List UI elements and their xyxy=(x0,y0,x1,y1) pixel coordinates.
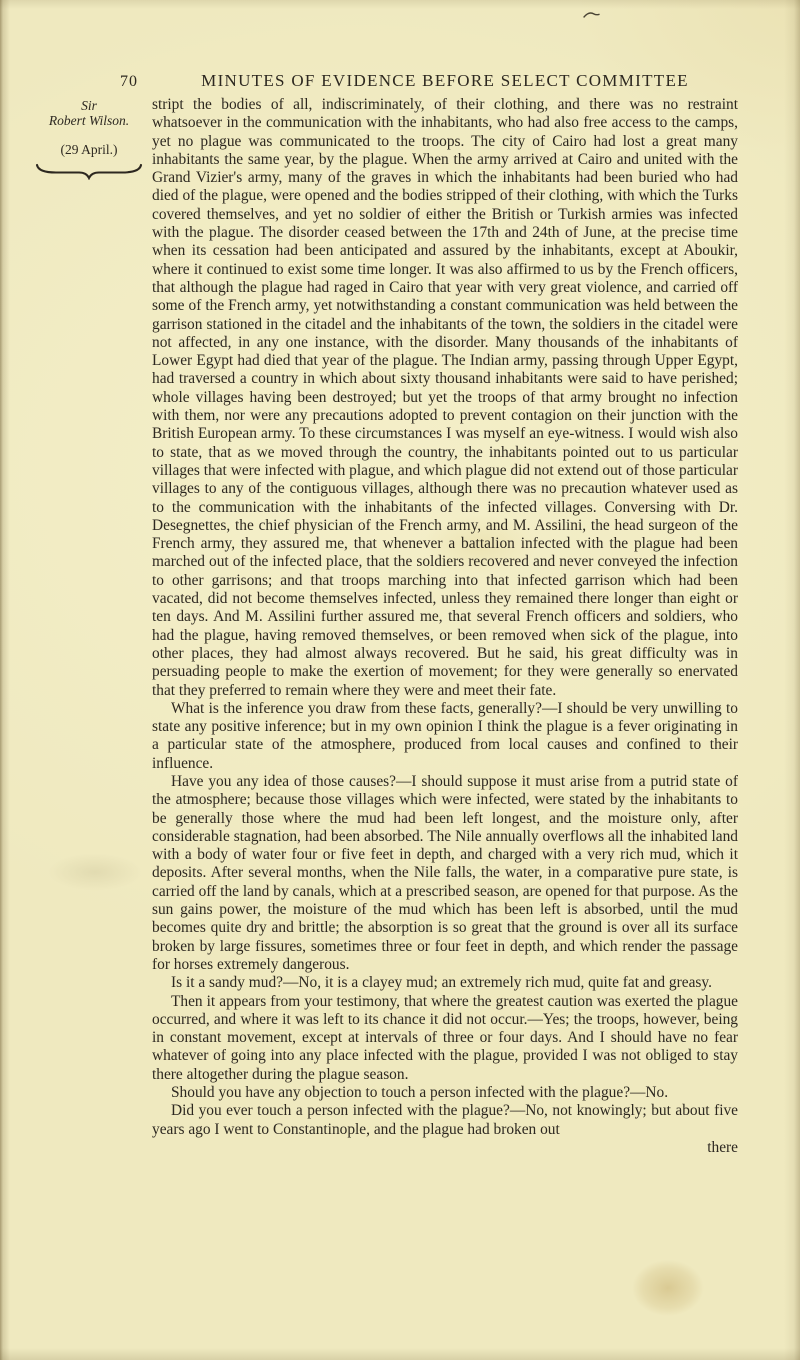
running-title: MINUTES OF EVIDENCE BEFORE SELECT COMMIT… xyxy=(152,71,738,91)
body-paragraph: Should you have any objection to touch a… xyxy=(152,1084,738,1102)
stray-ink-mark xyxy=(583,10,601,20)
body-paragraph: Have you any idea of those causes?—I sho… xyxy=(152,773,738,974)
body-paragraph: Then it appears from your testimony, tha… xyxy=(152,993,738,1084)
margin-note: Sir Robert Wilson. (29 April.) xyxy=(30,98,148,180)
body-paragraph: Is it a sandy mud?—No, it is a clayey mu… xyxy=(152,974,738,992)
body-paragraph: What is the inference you draw from thes… xyxy=(152,700,738,773)
testimony-text: stript the bodies of all, indiscriminate… xyxy=(152,96,738,1157)
witness-name: Robert Wilson. xyxy=(30,113,148,128)
margin-brace xyxy=(34,162,144,180)
body-paragraph: Did you ever touch a person infected wit… xyxy=(152,1102,738,1139)
witness-honorific: Sir xyxy=(30,98,148,113)
catchword: there xyxy=(152,1139,738,1157)
document-page: 70 MINUTES OF EVIDENCE BEFORE SELECT COM… xyxy=(0,0,800,1360)
page-number: 70 xyxy=(120,73,138,91)
session-date: (29 April.) xyxy=(30,142,148,157)
body-paragraph: stript the bodies of all, indiscriminate… xyxy=(152,96,738,700)
